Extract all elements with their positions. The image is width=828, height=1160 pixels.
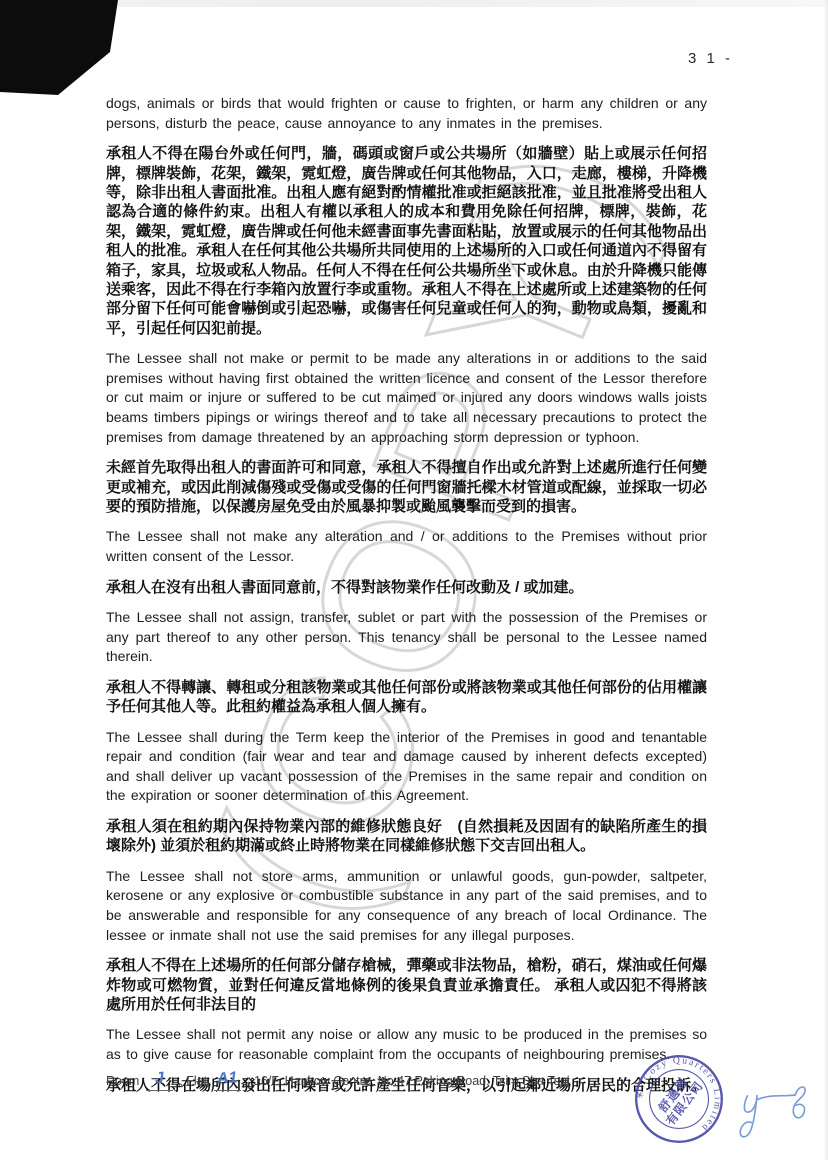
- paragraph-13-en: The Lessee shall not permit any noise or…: [106, 1025, 707, 1064]
- room-label: Room: [106, 1074, 139, 1088]
- paragraph-8-zh: 承租人不得轉讓、轉租或分租該物業或其他任何部份或將該物業或其他任何部份的佔用權讓…: [106, 678, 707, 717]
- scan-right-edge: [823, 0, 828, 1160]
- paragraph-9-en: The Lessee shall during the Term keep th…: [106, 728, 707, 806]
- flat-value-handwritten: A1: [216, 1069, 238, 1088]
- paragraph-12-zh: 承租人不得在上述場所的任何部分儲存槍械，彈藥或非法物品，槍粉，硝石，煤油或任何爆…: [106, 956, 707, 1014]
- company-stamp: Cozy Quarters Limited ✳ 舒適居 有限公司: [626, 1046, 731, 1151]
- room-value-handwritten: J: [154, 1070, 164, 1089]
- paragraph-7-en: The Lessee shall not assign, transfer, s…: [106, 608, 707, 667]
- paragraph-5-en: The Lessee shall not make any alteration…: [106, 527, 707, 566]
- flat-label: , Flat: [179, 1074, 207, 1088]
- paragraph-6-zh: 承租人在沒有出租人書面同意前，不得對該物業作任何改動及 / 或加建。: [106, 578, 707, 597]
- footer-address-line: Room J , Flat A1 , 16/F, Hankow Centre, …: [106, 1072, 570, 1091]
- paragraph-10-zh: 承租人須在租約期內保持物業內部的維修狀態良好 (自然損耗及因固有的缺陷所產生的損…: [106, 817, 707, 856]
- flat-blank: A1: [214, 1072, 241, 1091]
- stamp-inner-text: 舒適居 有限公司: [652, 1070, 706, 1128]
- paragraph-3-en: The Lessee shall not make or permit to b…: [106, 349, 707, 447]
- signature-ink: [736, 1080, 822, 1148]
- paragraph-1-en: dogs, animals or birds that would fright…: [106, 94, 707, 133]
- page-number: 3 1 -: [688, 50, 733, 67]
- paragraph-2-zh: 承租人不得在陽台外或任何門，牆，碼頭或窗戶或公共場所（如牆壁）貼上或展示任何招牌…: [106, 144, 707, 338]
- paragraph-4-zh: 未經首先取得出租人的書面許可和同意，承租人不得擅自作出或允許對上述處所進行任何變…: [106, 458, 707, 516]
- signature-loop-stroke: [793, 1087, 805, 1118]
- signature-connector-stroke: [757, 1095, 795, 1100]
- document-page: { "page": { "number": "3 1 -", "watermar…: [0, 0, 828, 1160]
- address-text: , 16/F, Hankow Centre, No.47 Peking Road…: [247, 1074, 570, 1088]
- paragraph-11-en: The Lessee shall not store arms, ammunit…: [106, 867, 707, 945]
- room-blank: J: [146, 1072, 173, 1091]
- corner-scan-artifact: [0, 0, 122, 96]
- scan-top-streak: [0, 0, 828, 7]
- lease-clauses: dogs, animals or birds that would fright…: [106, 94, 707, 1106]
- signature-y-stroke: [740, 1095, 757, 1137]
